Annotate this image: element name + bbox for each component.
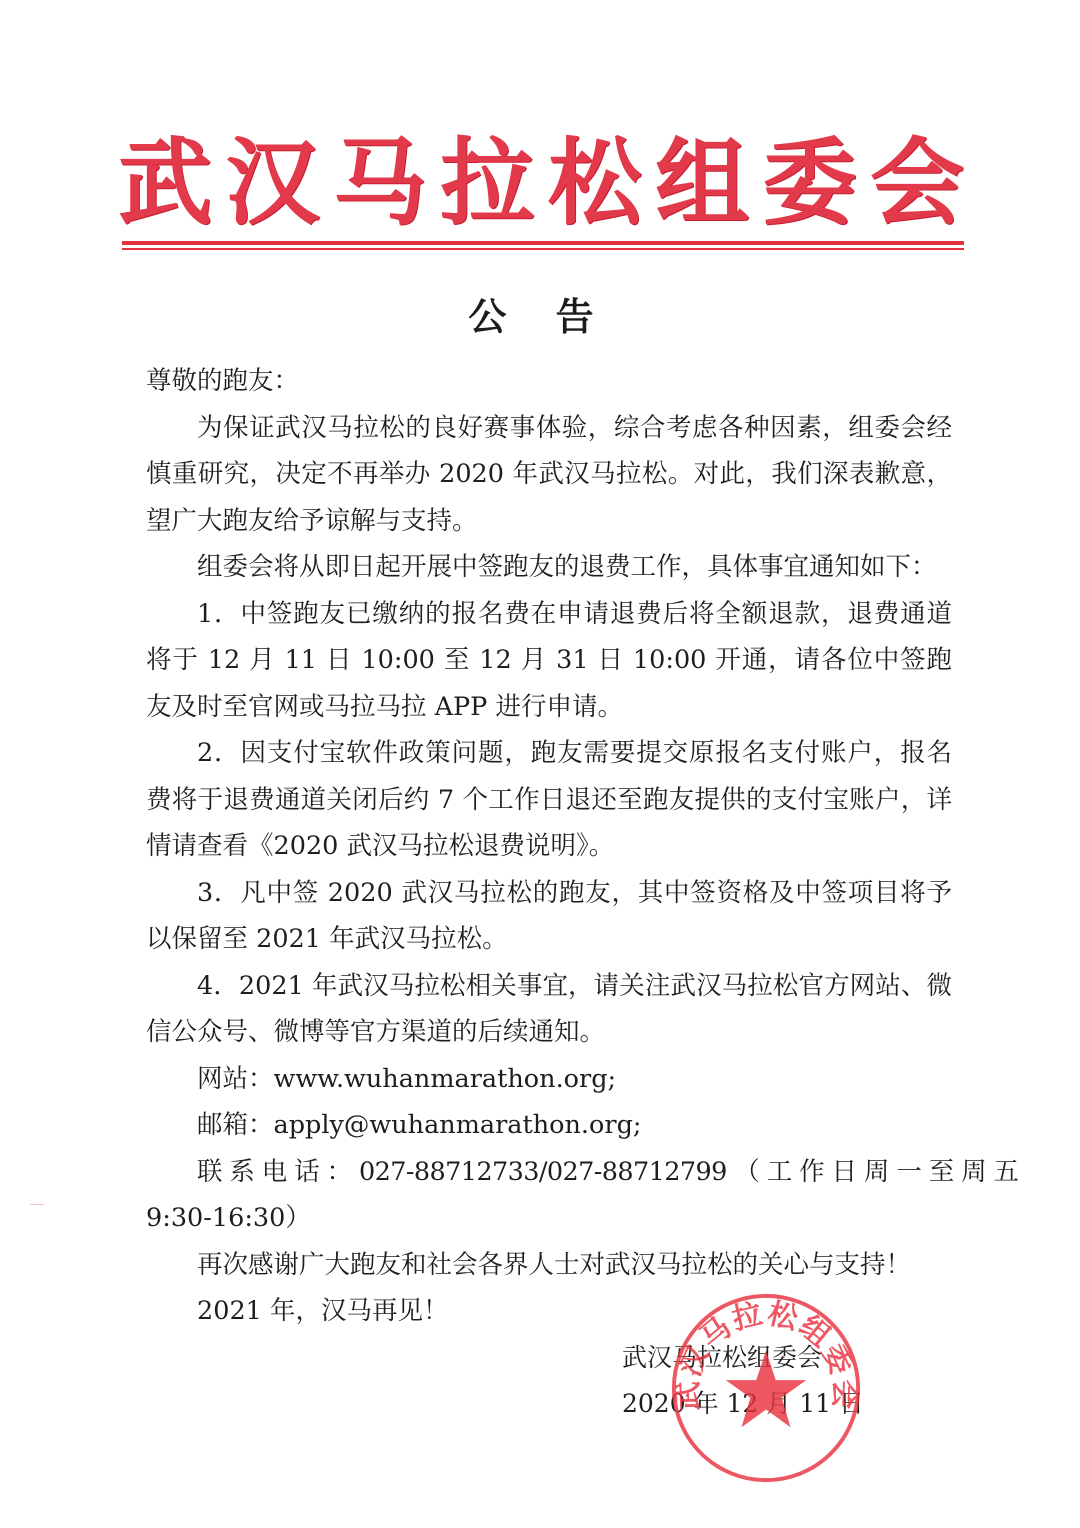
letterhead-char: 武	[118, 128, 212, 238]
letterhead-char: 汉	[225, 128, 319, 238]
notice-title: 公 告	[0, 286, 1080, 341]
letterhead-char: 松	[548, 128, 642, 238]
refund-intro-paragraph: 组委会将从即日起开展中签跑友的退费工作，具体事宜通知如下：	[146, 544, 952, 591]
phone-hours-line: 9:30-16:30）	[146, 1195, 952, 1242]
website-line: 网站：www.wuhanmarathon.org;	[146, 1056, 952, 1103]
notice-document: 武 汉 马 拉 松 组 委 会 公 告 尊敬的跑友： 为保证武汉马拉松的良好赛事…	[0, 0, 1080, 1528]
phone-line: 联 系 电 话 ： 027-88712733/027-88712799 （ 工 …	[146, 1149, 952, 1196]
letterhead-divider-thick	[122, 241, 964, 245]
letterhead-char: 组	[655, 128, 749, 238]
intro-paragraph: 为保证武汉马拉松的良好赛事体验，综合考虑各种因素，组委会经慎重研究，决定不再举办…	[146, 405, 952, 545]
signature-block: 武汉马拉松组委会 2020 年 12 月 11 日	[622, 1335, 864, 1427]
letterhead: 武 汉 马 拉 松 组 委 会	[118, 128, 964, 238]
refund-item-1: 1．中签跑友已缴纳的报名费在申请退费后将全额退款，退费通道将于 12 月 11 …	[146, 591, 952, 731]
refund-item-3: 3．凡中签 2020 武汉马拉松的跑友，其中签资格及中签项目将予以保留至 202…	[146, 870, 952, 963]
thanks-paragraph: 再次感谢广大跑友和社会各界人士对武汉马拉松的关心与支持！	[146, 1242, 952, 1289]
refund-item-2: 2．因支付宝软件政策问题，跑友需要提交原报名支付账户，报名费将于退费通道关闭后约…	[146, 730, 952, 870]
signature-org: 武汉马拉松组委会	[622, 1335, 864, 1381]
email-line: 邮箱：apply@wuhanmarathon.org;	[146, 1102, 952, 1149]
letterhead-char: 会	[870, 128, 964, 238]
refund-item-4: 4．2021 年武汉马拉松相关事宜，请关注武汉马拉松官方网站、微信公众号、微博等…	[146, 963, 952, 1056]
letterhead-divider-thin	[122, 248, 964, 250]
scan-margin-mark	[30, 1204, 44, 1205]
farewell-paragraph: 2021 年，汉马再见！	[146, 1288, 952, 1335]
letterhead-char: 拉	[440, 128, 534, 238]
salutation: 尊敬的跑友：	[146, 358, 952, 405]
signature-date: 2020 年 12 月 11 日	[622, 1381, 864, 1427]
letterhead-char: 马	[333, 128, 427, 238]
notice-body: 尊敬的跑友： 为保证武汉马拉松的良好赛事体验，综合考虑各种因素，组委会经慎重研究…	[146, 358, 952, 1335]
letterhead-char: 委	[763, 128, 857, 238]
